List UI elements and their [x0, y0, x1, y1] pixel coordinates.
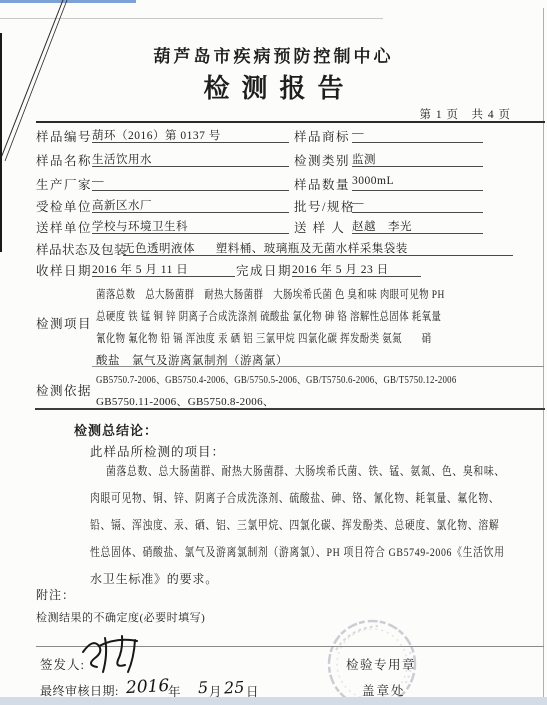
trademark-value: —	[352, 127, 483, 143]
organization-title: 葫芦岛市疾病预防控制中心	[0, 42, 547, 67]
manufacturer-value: —	[92, 175, 289, 191]
test-basis-label: 检测依据	[36, 381, 92, 399]
report-title: 检测报告	[0, 68, 547, 105]
sample-no-value: 葫环（2016）第 0137 号	[92, 127, 289, 143]
test-items-line-1: 菌落总数 总大肠菌群 耐热大肠菌群 大肠埃希氏菌 色 臭和味 肉眼可见物 PH	[96, 286, 445, 302]
conclusion-line-1: 菌落总数、总大肠菌群、耐热大肠菌群、大肠埃希氏菌、铁、锰、氨氮、色、臭和味、	[106, 462, 505, 479]
header-rule	[36, 121, 545, 123]
review-date-day: 25	[224, 677, 245, 697]
receive-date-label: 收样日期	[36, 261, 92, 279]
test-items-line-2: 总硬度 铁 锰 铜 锌 阴离子合成洗涤剂 硫酸盐 氯化物 砷 铬 溶解性总固体 …	[96, 308, 441, 324]
seal-label: 检验专用章	[346, 655, 416, 673]
sample-name-value: 生活饮用水	[92, 151, 289, 167]
scan-edge-line	[0, 18, 383, 19]
test-items-line-3: 氰化物 氟化物 铅 镉 浑浊度 汞 硒 铝 三氯甲烷 四氯化碳 挥发酚类 氨氮 …	[96, 330, 431, 346]
conclusion-line-2: 肉眼可见物、铜、锌、阴离子合成洗涤剂、硫酸盐、砷、铬、氰化物、耗氧量、氟化物、	[90, 489, 499, 506]
sending-unit-value: 学校与环境卫生科	[92, 218, 289, 234]
category-value: 监测	[352, 151, 483, 167]
manufacturer-label: 生产厂家	[36, 175, 92, 193]
items-basis-divider	[92, 366, 544, 367]
review-date-month: 5	[198, 678, 209, 698]
inspected-unit-label: 受检单位	[36, 197, 92, 215]
quantity-value: 3000mL	[352, 175, 483, 191]
review-date-year: 2016	[126, 676, 170, 698]
sending-unit-label: 送样单位	[36, 218, 92, 236]
quantity-label: 样品数量	[294, 175, 350, 193]
conclusion-line-3: 铅、镉、浑浊度、汞、硒、铝、三氯甲烷、四氯化碳、挥发酚类、总硬度、氯化物、溶解	[90, 516, 499, 533]
test-basis-line-2: GB5750.11-2006、GB5750.8-2006、	[96, 393, 274, 409]
conclusion-line-5: 水卫生标准》的要求。	[90, 570, 218, 587]
test-basis-line-1: GB5750.7-2006、GB5750.4-2006、GB/5750.5-20…	[96, 371, 456, 387]
uncertainty-note: 检测结果的不确定度(必要时填写)	[36, 609, 205, 625]
conclusion-heading: 检测总结论：	[74, 420, 158, 439]
state-packaging-value: 无色透明液体 塑料桶、玻璃瓶及无菌水样采集袋装	[123, 240, 513, 256]
sender-label: 送 样 人	[294, 218, 345, 236]
category-label: 检测类别	[294, 151, 350, 169]
conclusion-intro: 此样品所检测的项目：	[90, 442, 225, 460]
notes-label: 附注：	[36, 586, 75, 603]
page-indicator: 第 1 页 共 4 页	[420, 106, 512, 122]
sample-no-label: 样品编号	[36, 127, 92, 145]
sample-state-value: 无色透明液体	[123, 243, 195, 255]
sample-name-label: 样品名称	[36, 151, 92, 169]
inspected-unit-value: 高新区水厂	[92, 197, 289, 213]
test-items-label: 检测项目	[36, 314, 92, 332]
complete-date-label: 完成日期	[236, 261, 292, 279]
top-accent-bar	[0, 0, 136, 3]
section-rule	[35, 408, 545, 410]
conclusion-line-4: 性总固体、硝酸盐、氯气及游离氯制剂（游离氯）、PH 项目符合 GB5749-20…	[90, 543, 505, 560]
receive-date-value: 2016 年 5 月 11 日	[92, 261, 235, 277]
handwritten-signature	[75, 628, 153, 680]
bottom-scan-bar	[0, 697, 547, 705]
batch-spec-label: 批号/规格	[294, 197, 355, 215]
scanned-test-report-page: 葫芦岛市疾病预防控制中心 检测报告 第 1 页 共 4 页 样品编号 葫环（20…	[0, 0, 547, 705]
sender-value: 赵越 李光	[352, 218, 483, 234]
complete-date-value: 2016 年 5 月 23 日	[292, 261, 421, 277]
sample-packaging-value: 塑料桶、玻璃瓶及无菌水样采集袋装	[216, 243, 408, 255]
trademark-label: 样品商标	[294, 127, 350, 145]
batch-spec-value: —	[352, 197, 483, 213]
state-packaging-label: 样品状态及包装	[36, 240, 127, 258]
